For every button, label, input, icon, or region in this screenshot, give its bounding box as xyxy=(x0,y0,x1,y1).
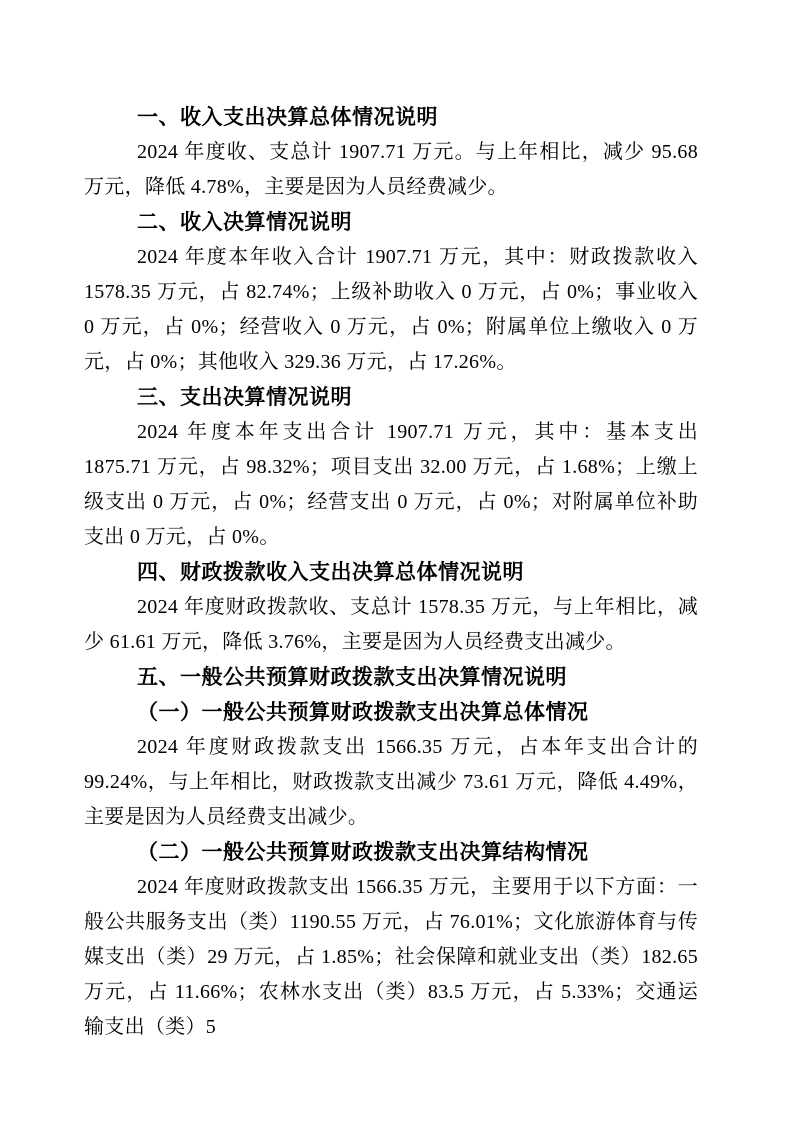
subsection-heading: （一）一般公共预算财政拨款支出决算总体情况 xyxy=(84,695,698,730)
section-heading: 四、财政拨款收入支出决算总体情况说明 xyxy=(84,555,698,590)
document-page: 一、收入支出决算总体情况说明 2024 年度收、支总计 1907.71 万元。与… xyxy=(0,0,793,1122)
subsection-heading: （二）一般公共预算财政拨款支出决算结构情况 xyxy=(84,835,698,870)
section-income-final-accounts: 二、收入决算情况说明 2024 年度本年收入合计 1907.71 万元，其中：财… xyxy=(84,205,698,380)
section-heading: 五、一般公共预算财政拨款支出决算情况说明 xyxy=(84,660,698,695)
paragraph: 2024 年度本年支出合计 1907.71 万元，其中：基本支出 1875.71… xyxy=(84,415,698,555)
subsection-general-public-budget-overall: （一）一般公共预算财政拨款支出决算总体情况 2024 年度财政拨款支出 1566… xyxy=(84,695,698,835)
section-general-public-budget-expenditure: 五、一般公共预算财政拨款支出决算情况说明 xyxy=(84,660,698,695)
section-heading: 三、支出决算情况说明 xyxy=(84,380,698,415)
section-income-expenditure-overview: 一、收入支出决算总体情况说明 2024 年度收、支总计 1907.71 万元。与… xyxy=(84,100,698,205)
paragraph: 2024 年度收、支总计 1907.71 万元。与上年相比，减少 95.68 万… xyxy=(84,135,698,205)
section-fiscal-appropriation-overview: 四、财政拨款收入支出决算总体情况说明 2024 年度财政拨款收、支总计 1578… xyxy=(84,555,698,660)
paragraph: 2024 年度本年收入合计 1907.71 万元，其中：财政拨款收入 1578.… xyxy=(84,240,698,380)
section-expenditure-final-accounts: 三、支出决算情况说明 2024 年度本年支出合计 1907.71 万元，其中：基… xyxy=(84,380,698,555)
paragraph-truncated-at-page-break: 2024 年度财政拨款支出 1566.35 万元，主要用于以下方面：一般公共服务… xyxy=(84,870,698,1045)
section-heading: 一、收入支出决算总体情况说明 xyxy=(84,100,698,135)
section-heading: 二、收入决算情况说明 xyxy=(84,205,698,240)
paragraph: 2024 年度财政拨款收、支总计 1578.35 万元，与上年相比，减少 61.… xyxy=(84,590,698,660)
paragraph: 2024 年度财政拨款支出 1566.35 万元，占本年支出合计的 99.24%… xyxy=(84,730,698,835)
subsection-general-public-budget-structure: （二）一般公共预算财政拨款支出决算结构情况 2024 年度财政拨款支出 1566… xyxy=(84,835,698,1045)
